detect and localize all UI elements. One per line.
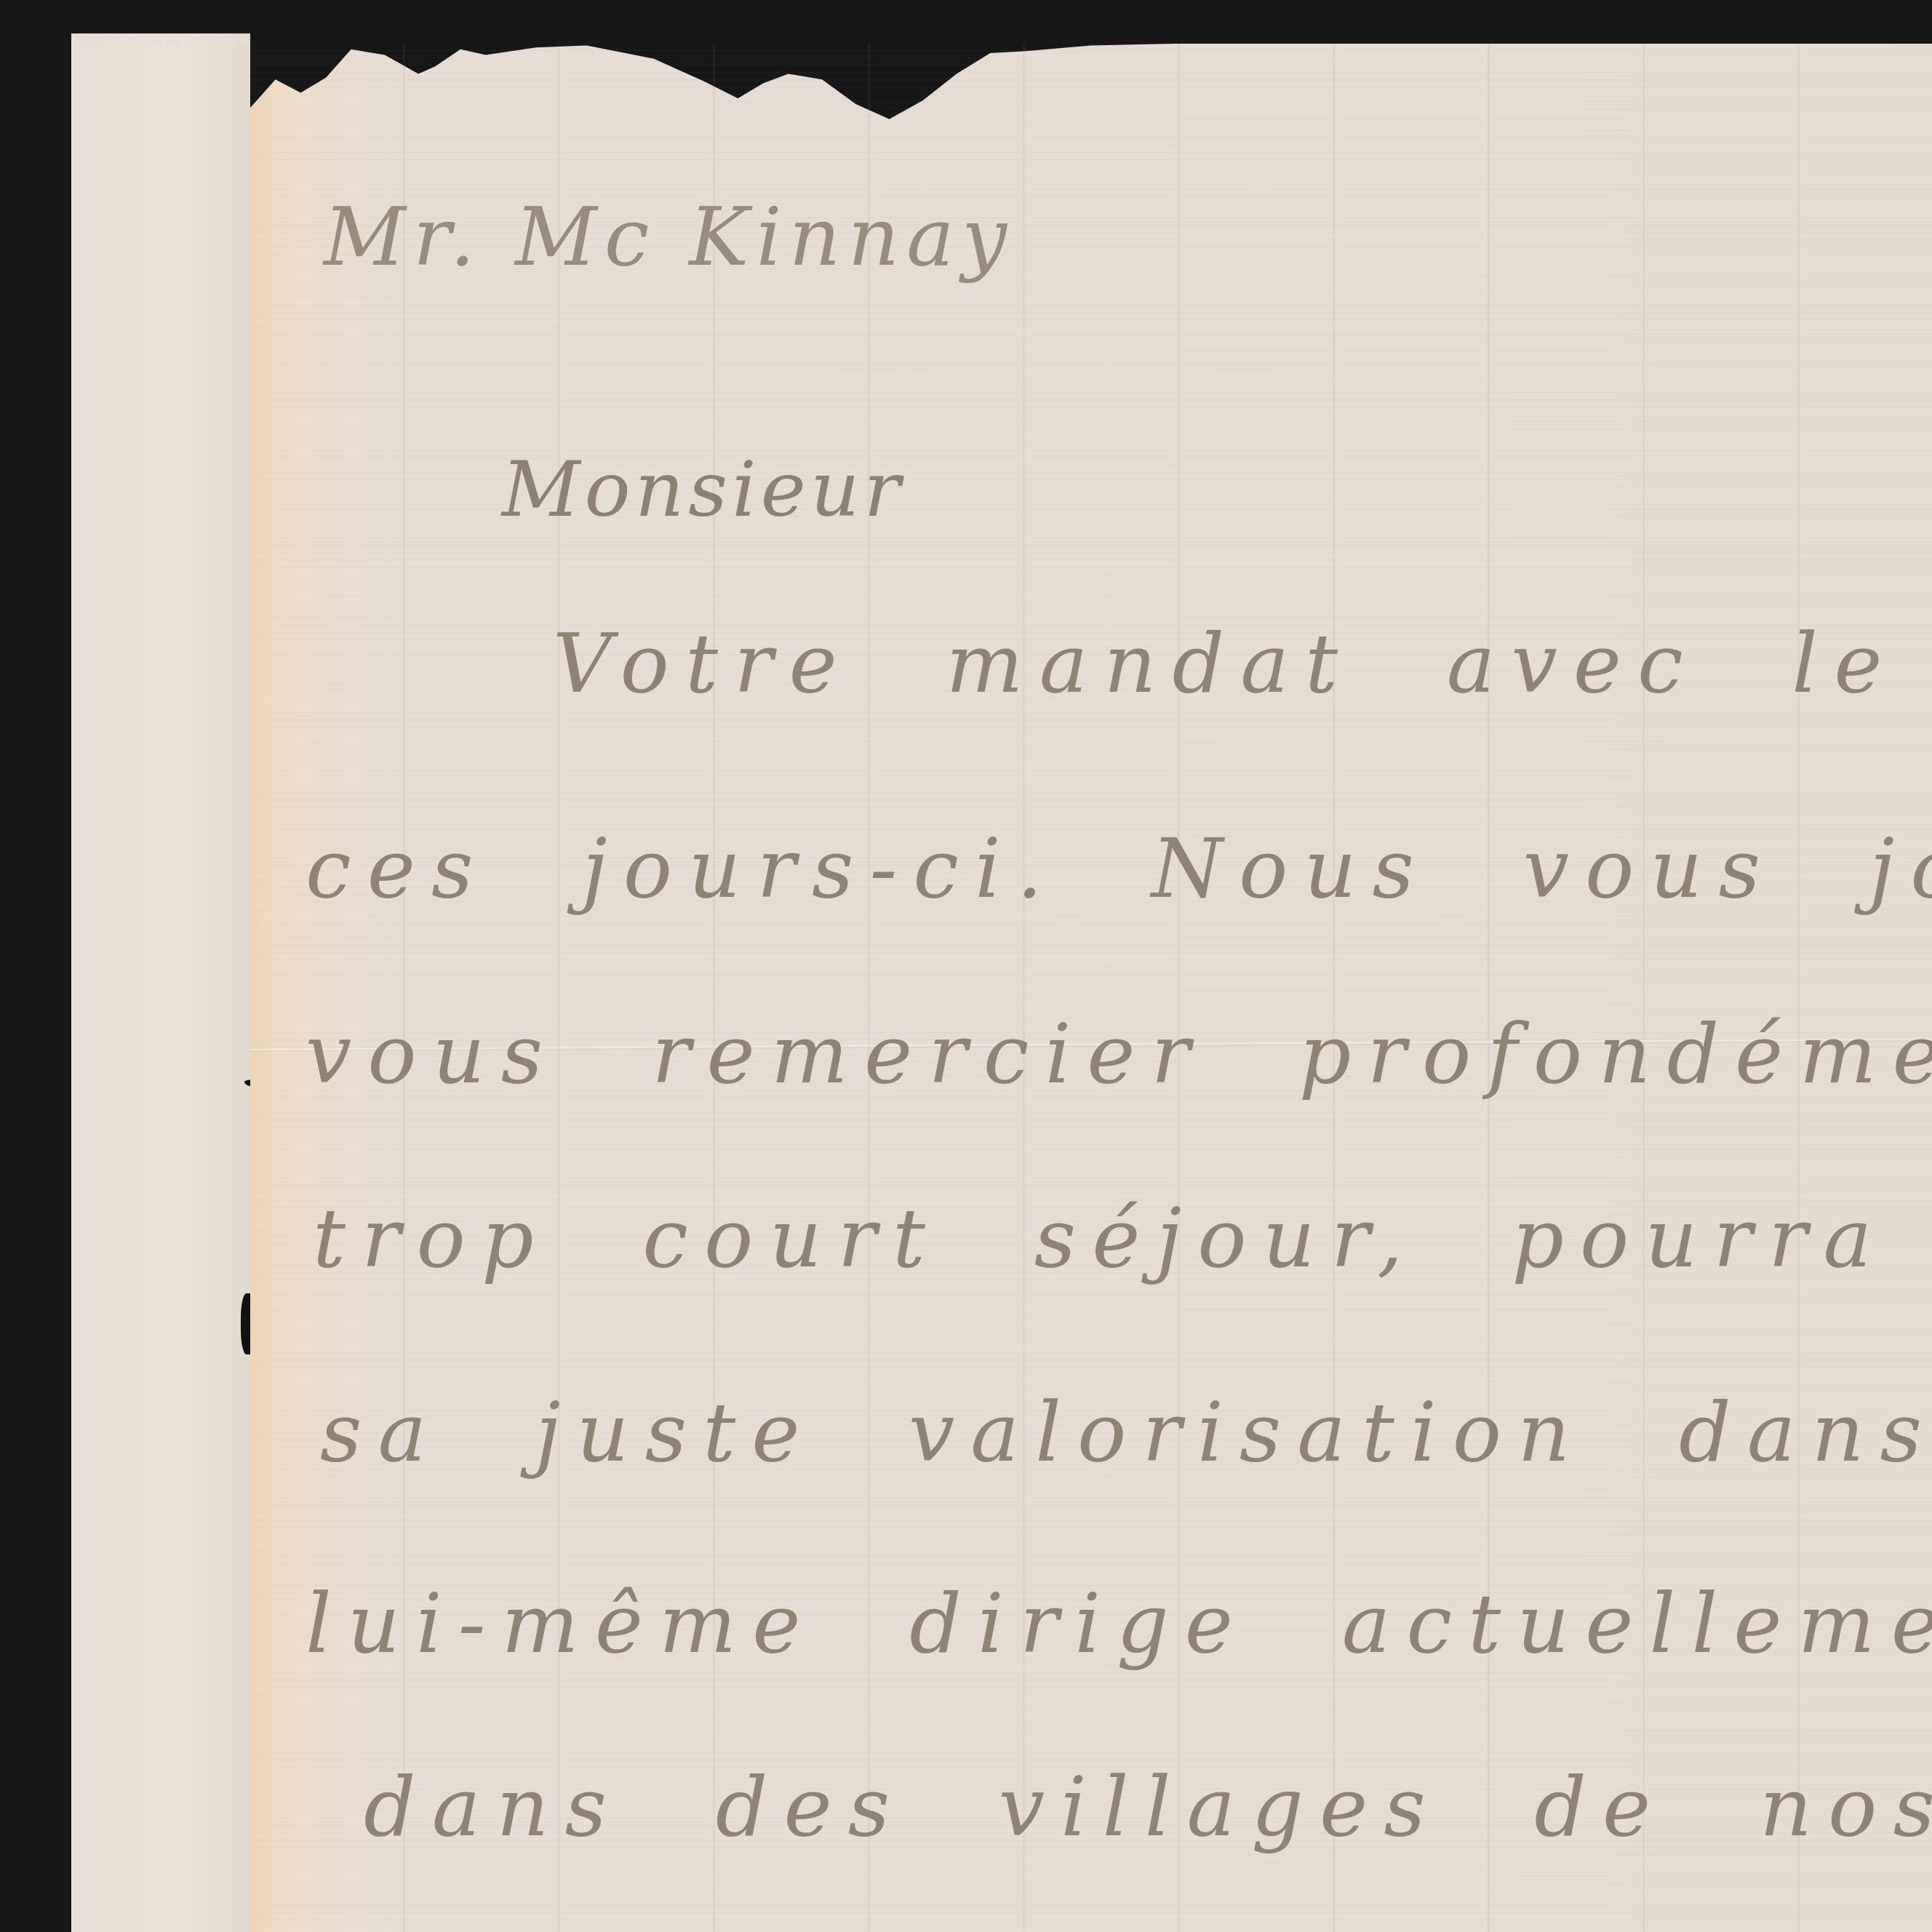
paper-margin-strip [71, 33, 250, 1932]
body-line-3: vous remercier profondément. [306, 1007, 1932, 1102]
addressee-line: Mr. Mc Kinnay [324, 191, 1014, 284]
body-line-1: Votre mandat avec le tr… [553, 617, 1932, 711]
body-line-6: lui-même dirige actuellement… [306, 1577, 1932, 1672]
salutation-line: Monsieur [502, 445, 905, 534]
body-line-5: sa juste valorisation dans … [320, 1386, 1932, 1480]
body-line-4: trop court séjour, pourra … [313, 1191, 1932, 1286]
body-line-7: dans des villages de nos ma… [364, 1760, 1932, 1855]
strip-torn-edge [71, 29, 250, 45]
body-line-2: ces jours-ci. Nous vous joig… [306, 822, 1932, 917]
